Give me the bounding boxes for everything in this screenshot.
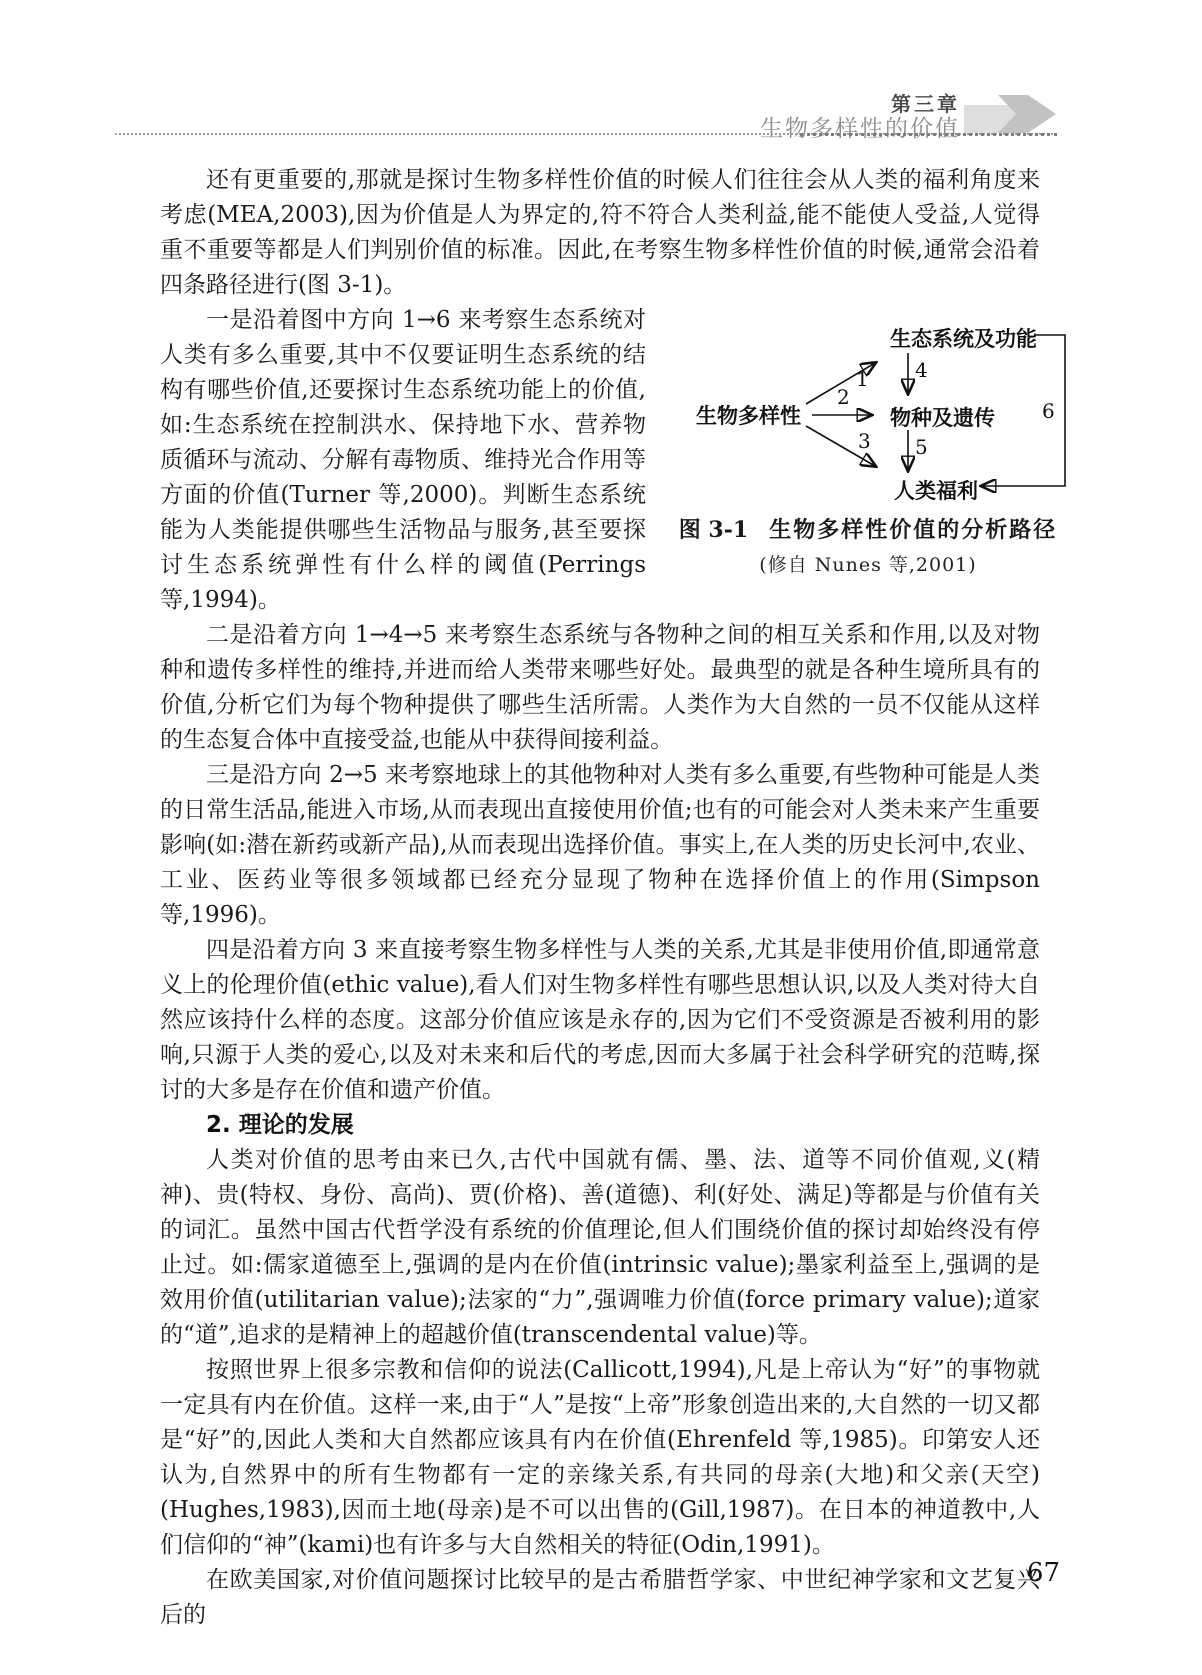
page-number: 67 xyxy=(1027,1558,1060,1588)
arrow-label-5: 5 xyxy=(915,435,928,459)
node-human-welfare: 人类福利 xyxy=(894,475,978,505)
paragraph-7: 按照世界上很多宗教和信仰的说法(Callicott,1994),凡是上帝认为“好… xyxy=(160,1353,1040,1563)
section-heading: 2. 理论的发展 xyxy=(160,1108,1040,1143)
paragraph-2-row: 一是沿着图中方向 1→6 来考察生态系统对人类有多么重要,其中不仅要证明生态系统… xyxy=(160,303,1040,618)
node-biodiversity: 生物多样性 xyxy=(696,400,801,430)
header-divider-dark xyxy=(800,133,1057,136)
paragraph-8: 在欧美国家,对价值问题探讨比较早的是古希腊哲学家、中世纪神学家和文艺复兴后的 xyxy=(160,1563,1040,1633)
chapter-title: 生物多样性的价值 xyxy=(760,110,960,143)
arrow-label-4: 4 xyxy=(915,358,928,382)
figure-subcaption: (修自 Nunes 等,2001) xyxy=(656,550,1080,577)
book-page: 第三章 生物多样性的价值 还有更重要的,那就是探讨生物多样性价值的时候人们往往会… xyxy=(0,0,1202,1675)
arrow-label-1: 1 xyxy=(856,367,869,391)
paragraph-1: 还有更重要的,那就是探讨生物多样性价值的时候人们往往会从人类的福利角度来考虑(M… xyxy=(160,163,1040,303)
paragraph-4: 三是沿方向 2→5 来考察地球上的其他物种对人类有多么重要,有些物种可能是人类的… xyxy=(160,758,1040,933)
page-content: 还有更重要的,那就是探讨生物多样性价值的时候人们往往会从人类的福利角度来考虑(M… xyxy=(160,163,1040,1633)
chevron-icon xyxy=(964,95,1056,133)
node-ecosystem-functions: 生态系统及功能 xyxy=(890,323,1037,353)
paragraph-3: 二是沿着方向 1→4→5 来考察生态系统与各物种之间的相互关系和作用,以及对物种… xyxy=(160,618,1040,758)
figure-3-1: 生物多样性 生态系统及功能 物种及遗传 人类福利 1 2 3 4 5 6 图 3… xyxy=(656,303,1080,593)
paragraph-2: 一是沿着图中方向 1→6 来考察生态系统对人类有多么重要,其中不仅要证明生态系统… xyxy=(160,303,646,618)
figure-caption: 图 3-1 生物多样性价值的分析路径 xyxy=(656,513,1080,544)
arrow-label-6: 6 xyxy=(1042,399,1055,423)
arrow-label-3: 3 xyxy=(858,429,871,453)
paragraph-5: 四是沿着方向 3 来直接考察生物多样性与人类的关系,尤其是非使用价值,即通常意义… xyxy=(160,933,1040,1108)
paragraph-6: 人类对价值的思考由来已久,古代中国就有儒、墨、法、道等不同价值观,义(精神)、贵… xyxy=(160,1143,1040,1353)
page-header: 第三章 生物多样性的价值 xyxy=(0,0,1202,150)
node-species-genetics: 物种及遗传 xyxy=(890,402,995,432)
figure-caption-text: 生物多样性价值的分析路径 xyxy=(769,518,1057,543)
figure-caption-label: 图 3-1 xyxy=(679,517,748,543)
arrow-label-2: 2 xyxy=(837,385,850,409)
